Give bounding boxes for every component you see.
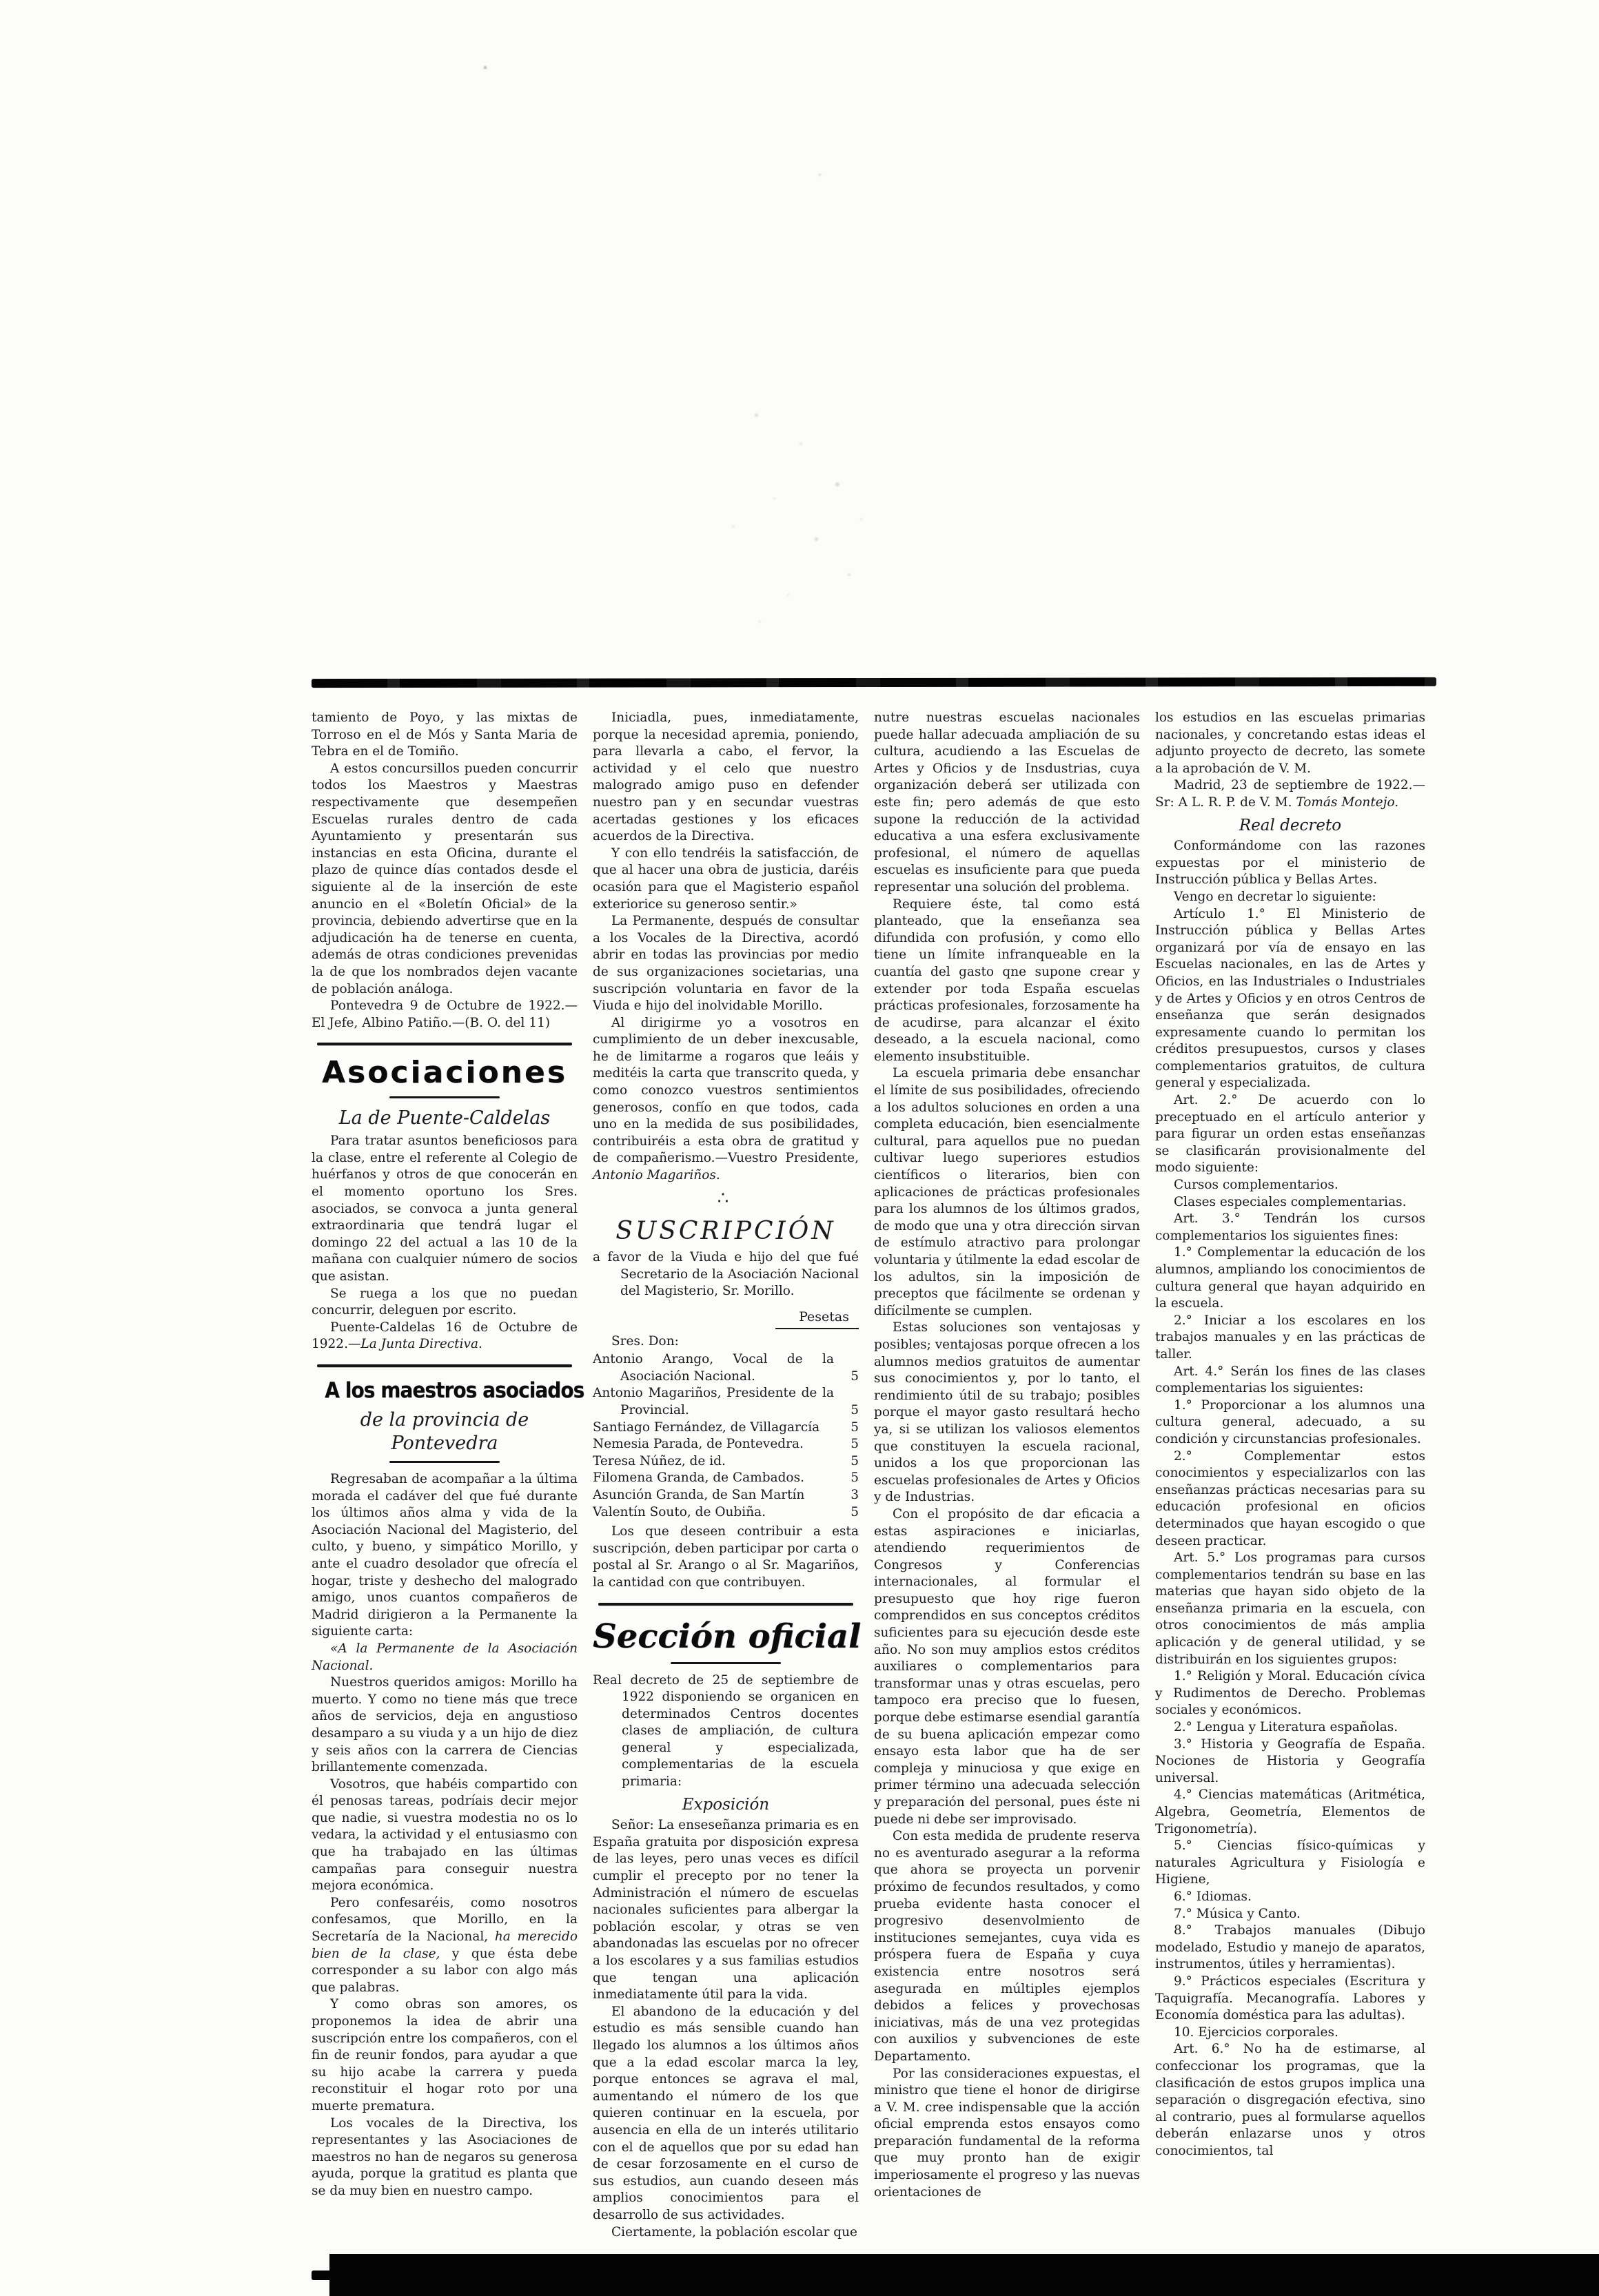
emphasized-text: Tomás Montejo. bbox=[1296, 795, 1398, 810]
scan-noise-speck bbox=[848, 573, 851, 576]
paragraph: Con el propósito de dar eficacia a estas… bbox=[874, 1506, 1140, 1828]
paragraph: Nuestros queridos amigos: Morillo ha mue… bbox=[312, 1674, 578, 1776]
paragraph: Los vocales de la Directiva, los represe… bbox=[312, 2115, 578, 2200]
scan-noise-speck bbox=[755, 413, 758, 417]
paragraph: 5.° Ciencias físico-químicas y naturales… bbox=[1155, 1838, 1425, 1889]
paragraph: Por las consideraciones expuestas, el mi… bbox=[874, 2066, 1140, 2202]
subscriber-name: Santiago Fernández, de Villagarcía bbox=[593, 1419, 834, 1437]
divider-rule bbox=[598, 1603, 853, 1606]
scan-noise-speck bbox=[787, 594, 789, 596]
subscription-row: Nemesia Parada, de Pontevedra.5 bbox=[593, 1436, 859, 1453]
paragraph: Y como obras son amores, os proponemos l… bbox=[312, 1996, 578, 2115]
paragraph: 9.° Prácticos especiales (Escritura y Ta… bbox=[1155, 1974, 1425, 2025]
paragraph: Vosotros, que habéis compartido con él p… bbox=[312, 1776, 578, 1895]
paragraph: Y con ello tendréis la satisfacción, de … bbox=[593, 845, 859, 913]
paragraph: Al dirigirme yo a vosotros en cumplimien… bbox=[593, 1015, 859, 1185]
subscription-row: Teresa Núñez, de id.5 bbox=[593, 1453, 859, 1470]
paragraph: 6.° Idiomas. bbox=[1155, 1889, 1425, 1906]
paragraph: Clases especiales complementarias. bbox=[1155, 1194, 1425, 1211]
paragraph: Sres. Don: bbox=[593, 1333, 859, 1351]
column-4: los estudios en las escuelas primarias n… bbox=[1155, 710, 1425, 2160]
paragraph: Ciertamente, la población escolar que bbox=[593, 2224, 859, 2242]
paragraph: Iniciadla, pues, inmediatamente, porque … bbox=[593, 710, 859, 845]
paragraph: Madrid, 23 de septiembre de 1922.— Sr: A… bbox=[1155, 777, 1425, 811]
divider-rule-short bbox=[389, 1461, 500, 1463]
subscription-list: Antonio Arango, Vocal de la Asociación N… bbox=[593, 1351, 859, 1521]
paragraph: La Permanente, después de consultar a lo… bbox=[593, 913, 859, 1015]
divider-rule bbox=[317, 1364, 572, 1367]
paragraph: 1.° Complementar la educación de los alu… bbox=[1155, 1244, 1425, 1312]
paragraph: Pero confesaréis, como nosotros confesam… bbox=[312, 1895, 578, 1997]
top-press-rule bbox=[312, 677, 1436, 688]
subscriber-name: Filomena Granda, de Cambados. bbox=[593, 1470, 834, 1487]
subscription-amount: 5 bbox=[834, 1453, 859, 1470]
section-subheading: La de Puente-Caldelas bbox=[312, 1107, 578, 1130]
subscription-amount: 5 bbox=[834, 1504, 859, 1521]
decree-summary: Real decreto de 25 de septiembre de 1922… bbox=[593, 1672, 859, 1791]
letter-salutation: «A la Permanente de la Asociación Nacion… bbox=[312, 1641, 578, 1674]
subscription-row: Filomena Granda, de Cambados.5 bbox=[593, 1470, 859, 1487]
subscription-row: Antonio Arango, Vocal de la Asociación N… bbox=[593, 1351, 859, 1385]
divider-rule-short bbox=[671, 1662, 781, 1664]
paragraph: Para tratar asuntos beneficiosos para la… bbox=[312, 1133, 578, 1285]
paragraph-continuation: los estudios en las escuelas primarias n… bbox=[1155, 710, 1425, 777]
paragraph: Los que deseen contribuir a esta suscrip… bbox=[593, 1524, 859, 1591]
paragraph: 1.° Religión y Moral. Educación cívica y… bbox=[1155, 1668, 1425, 1719]
scan-noise-speck bbox=[732, 525, 735, 528]
pesetas-column-label: Pesetas bbox=[593, 1309, 859, 1329]
paragraph: 3.° Historia y Geografía de España. Noci… bbox=[1155, 1736, 1425, 1787]
subscription-amount: 5 bbox=[834, 1419, 859, 1437]
scan-noise-speck bbox=[819, 174, 821, 176]
column-3: nutre nuestras escuelas nacionales puede… bbox=[874, 710, 1140, 2201]
seccion-oficial-heading: Sección oficial bbox=[593, 1617, 859, 1657]
subscriber-name: Asunción Granda, de San Martín bbox=[593, 1487, 834, 1504]
scanned-bulletin-page: tamiento de Poyo, y las mixtas de Torros… bbox=[0, 0, 1599, 2296]
subscription-amount: 5 bbox=[834, 1470, 859, 1487]
paragraph: Cursos complementarios. bbox=[1155, 1177, 1425, 1194]
paragraph: 10. Ejercicios corporales. bbox=[1155, 2025, 1425, 2042]
paragraph: La escuela primaria debe ensanchar el lí… bbox=[874, 1065, 1140, 1320]
paragraph: Con esta medida de prudente reserva no e… bbox=[874, 1828, 1140, 2065]
subscriber-name: Teresa Núñez, de id. bbox=[593, 1453, 834, 1470]
paragraph: Art. 4.° Serán los fines de las clases c… bbox=[1155, 1364, 1425, 1397]
subscription-row: Antonio Magariños, Presidente de la Prov… bbox=[593, 1385, 859, 1419]
suscripcion-heading: SUSCRIPCIÓN bbox=[593, 1216, 859, 1247]
subscription-amount: 5 bbox=[834, 1436, 859, 1453]
subscriber-name: Antonio Arango, Vocal de la Asociación N… bbox=[593, 1351, 834, 1385]
subscription-row: Asunción Granda, de San Martín3 bbox=[593, 1487, 859, 1504]
paragraph: 1.° Proporcionar a los alumnos una cultu… bbox=[1155, 1397, 1425, 1448]
paragraph: 4.° Ciencias matemáticas (Aritmética, Al… bbox=[1155, 1787, 1425, 1838]
section-subheading: de la provincia de Pontevedra bbox=[312, 1408, 578, 1455]
paragraph: 7.° Música y Canto. bbox=[1155, 1906, 1425, 1923]
scan-noise-speck bbox=[799, 442, 802, 445]
paragraph: A estos concursillos pueden concurrir to… bbox=[312, 761, 578, 998]
subscription-row: Santiago Fernández, de Villagarcía5 bbox=[593, 1419, 859, 1437]
asterism-ornament: ∴ bbox=[593, 1190, 859, 1207]
subscriber-name: Antonio Magariños, Presidente de la Prov… bbox=[593, 1385, 834, 1419]
subscriber-name: Nemesia Parada, de Pontevedra. bbox=[593, 1436, 834, 1453]
paragraph: Puente-Caldelas 16 de Octubre de 1922.—L… bbox=[312, 1320, 578, 1353]
divider-rule-short bbox=[389, 1096, 500, 1098]
scan-noise-speck bbox=[773, 498, 775, 500]
paragraph: El abandono de la educación y del estudi… bbox=[593, 2004, 859, 2224]
pesetas-label-text: Pesetas bbox=[775, 1309, 859, 1329]
emphasized-text: La Junta Directiva. bbox=[360, 1337, 482, 1351]
paragraph: Conformándome con las razones expuestas … bbox=[1155, 838, 1425, 889]
paragraph: Se ruega a los que no puedan concurrir, … bbox=[312, 1286, 578, 1320]
paragraph: Requiere éste, tal como está planteado, … bbox=[874, 896, 1140, 1066]
paragraph: Pontevedra 9 de Octubre de 1922.— El Jef… bbox=[312, 998, 578, 1032]
paragraph: Regresaban de acompañar a la última mora… bbox=[312, 1471, 578, 1641]
paragraph: Artículo 1.° El Ministerio de Instrucció… bbox=[1155, 906, 1425, 1093]
paragraph: Art. 5.° Los programas para cursos compl… bbox=[1155, 1550, 1425, 1668]
paragraph: 2.° Complementar estos conocimientos y e… bbox=[1155, 1448, 1425, 1550]
paragraph: Señor: La enseseñanza primaria es en Esp… bbox=[593, 1817, 859, 2004]
text-run: Al dirigirme yo a vosotros en cumplimien… bbox=[593, 1016, 859, 1166]
subscription-row: Valentín Souto, de Oubiña.5 bbox=[593, 1504, 859, 1521]
bottom-scan-bar bbox=[329, 2254, 1599, 2296]
scan-noise-speck bbox=[835, 482, 839, 486]
paragraph: Art. 2.° De acuerdo con lo preceptuado e… bbox=[1155, 1092, 1425, 1177]
suscripcion-lead: a favor de la Viuda e hijo del que fué S… bbox=[593, 1249, 859, 1300]
subsection-heading: Real decreto bbox=[1155, 817, 1425, 834]
column-2: Iniciadla, pues, inmediatamente, porque … bbox=[593, 710, 859, 2241]
paragraph: Art. 6.° No ha de estimarse, al confecci… bbox=[1155, 2041, 1425, 2160]
section-heading: Asociaciones bbox=[312, 1055, 578, 1091]
paragraph: 8.° Trabajos manuales (Dibujo modelado, … bbox=[1155, 1923, 1425, 1974]
subsection-heading: Exposición bbox=[593, 1796, 859, 1814]
section-heading: A los maestros asociados bbox=[325, 1377, 564, 1404]
paragraph: Vengo en decretar lo siguiente: bbox=[1155, 889, 1425, 906]
scan-noise-speck bbox=[484, 66, 487, 69]
emphasized-text: Antonio Magariños. bbox=[593, 1168, 720, 1182]
paragraph: 2.° Iniciar a los escolares en los traba… bbox=[1155, 1313, 1425, 1364]
subscription-amount: 5 bbox=[834, 1369, 859, 1386]
subscription-amount: 3 bbox=[834, 1487, 859, 1504]
paragraph-continuation: nutre nuestras escuelas nacionales puede… bbox=[874, 710, 1140, 896]
paragraph: Art. 3.° Tendrán los cursos complementar… bbox=[1155, 1211, 1425, 1244]
paragraph: 2.° Lengua y Literatura españolas. bbox=[1155, 1719, 1425, 1736]
scan-noise-speck bbox=[815, 537, 818, 541]
scan-noise-speck bbox=[758, 620, 761, 623]
divider-rule bbox=[317, 1043, 572, 1045]
paragraph-continuation: tamiento de Poyo, y las mixtas de Torros… bbox=[312, 710, 578, 761]
subscription-amount: 5 bbox=[834, 1402, 859, 1419]
column-1: tamiento de Poyo, y las mixtas de Torros… bbox=[312, 710, 578, 2200]
scan-noise-speck bbox=[860, 518, 862, 520]
paragraph: Estas soluciones son ventajosas y posibl… bbox=[874, 1320, 1140, 1506]
subscriber-name: Valentín Souto, de Oubiña. bbox=[593, 1504, 834, 1521]
